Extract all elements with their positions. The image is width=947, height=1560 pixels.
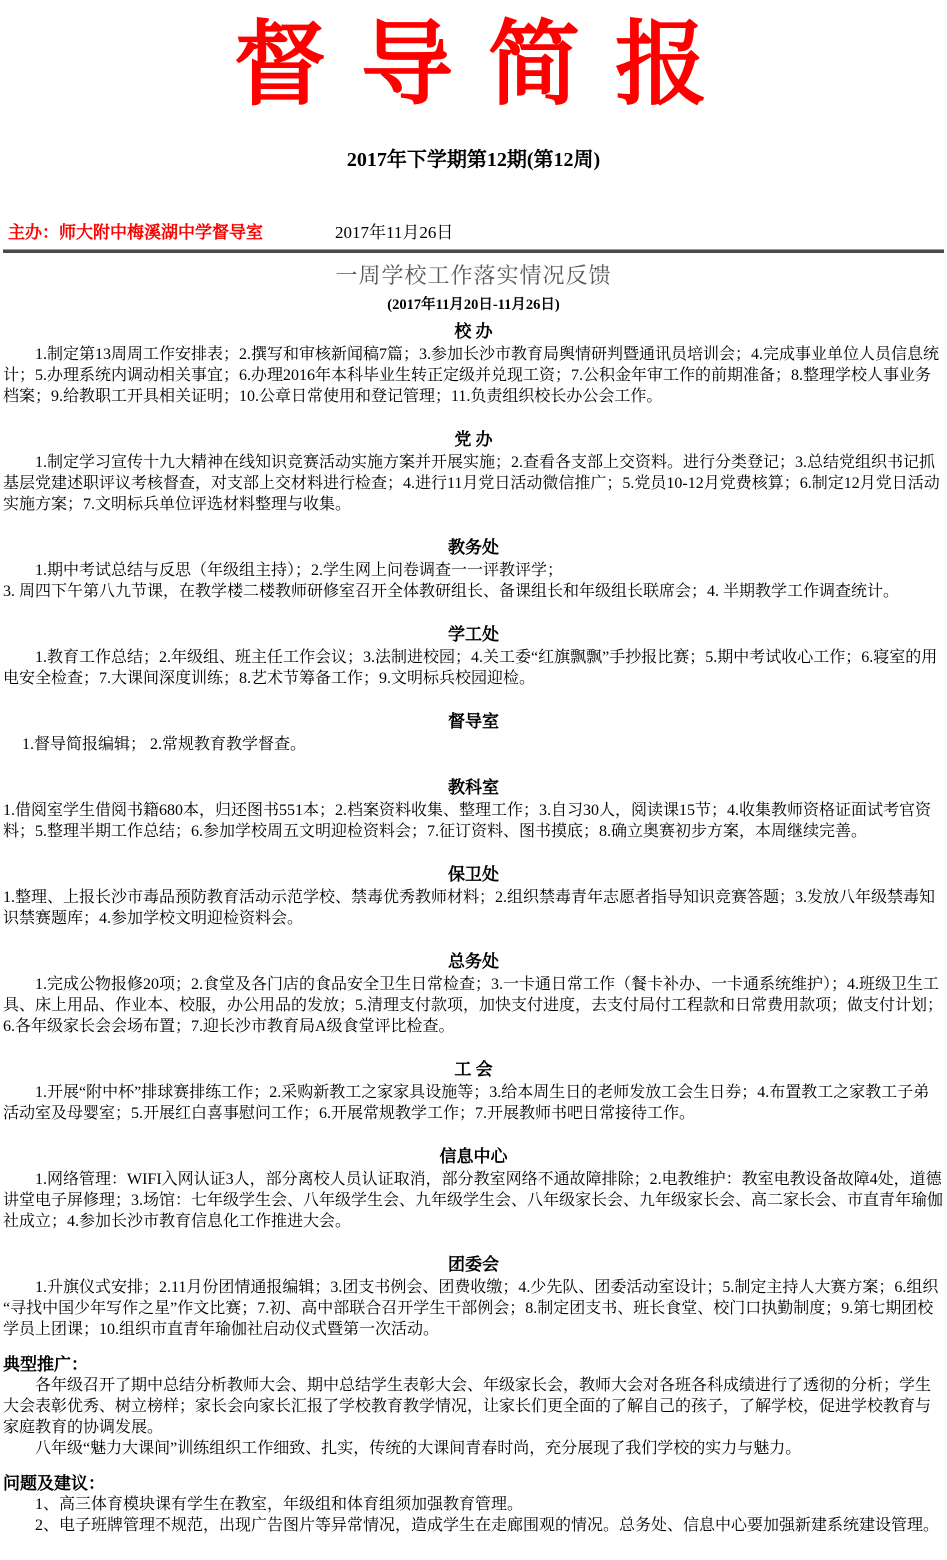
- feedback-title: 一周学校工作落实情况反馈: [3, 259, 944, 290]
- header-divider: [3, 249, 944, 253]
- section-paragraph: 1.借阅室学生借阅书籍680本，归还图书551本；2.档案资料收集、整理工作；3…: [3, 800, 944, 842]
- section-info-center: 信息中心 1.网络管理：WIFI入网认证3人，部分离校人员认证取消，部分教室网络…: [3, 1142, 944, 1232]
- section-paragraph: 1.升旗仪式安排；2.11月份团情通报编辑；3.团支书例会、团费收缴；4.少先队…: [3, 1277, 944, 1340]
- section-paragraph: 3. 周四下午第八九节课，在教学楼二楼教师研修室召开全体教研组长、备课组长和年级…: [3, 581, 944, 602]
- section-heading: 学工处: [3, 620, 944, 645]
- section-academic-affairs: 教务处 1.期中考试总结与反思（年级组主持）；2.学生网上问卷调查一一评教评学；…: [3, 533, 944, 602]
- issue-line: 2017年下学期第12期(第12周): [3, 143, 944, 172]
- section-student-affairs: 学工处 1.教育工作总结；2.年级组、班主任工作会议；3.法制进校园；4.关工委…: [3, 620, 944, 689]
- document-title: 督 导 简 报: [3, 14, 944, 117]
- section-heading: 总务处: [3, 947, 944, 972]
- section-party-office: 党 办 1.制定学习宣传十九大精神在线知识竞赛活动实施方案并开展实施；2.查看各…: [3, 425, 944, 515]
- section-heading: 教务处: [3, 533, 944, 558]
- section-paragraph: 1.督导简报编辑； 2.常规教育教学督查。: [3, 734, 944, 755]
- section-heading: 信息中心: [3, 1142, 944, 1167]
- section-heading: 校 办: [3, 317, 944, 342]
- section-paragraph: 1.制定第13周周工作安排表；2.撰写和审核新闻稿7篇；3.参加长沙市教育局舆情…: [3, 344, 944, 407]
- section-paragraph: 1.教育工作总结；2.年级组、班主任工作会议；3.法制进校园；4.关工委“红旗飘…: [3, 647, 944, 689]
- section-supervision-office: 督导室 1.督导简报编辑； 2.常规教育教学督查。: [3, 707, 944, 755]
- section-security-office: 保卫处 1.整理、上报长沙市毒品预防教育活动示范学校、禁毒优秀教师材料；2.组织…: [3, 860, 944, 929]
- section-school-office: 校 办 1.制定第13周周工作安排表；2.撰写和审核新闻稿7篇；3.参加长沙市教…: [3, 317, 944, 407]
- block-heading: 问题及建议：: [3, 1469, 944, 1494]
- section-heading: 保卫处: [3, 860, 944, 885]
- block-paragraph: 2、电子班牌管理不规范，出现广告图片等异常情况，造成学生在走廊围观的情况。总务处…: [3, 1515, 944, 1536]
- feedback-date-range: (2017年11月20日-11月26日): [3, 293, 944, 314]
- section-heading: 党 办: [3, 425, 944, 450]
- publish-date: 2017年11月26日: [335, 218, 453, 243]
- block-problems-suggestions: 问题及建议： 1、高三体育模块课有学生在教室，年级组和体育组须加强教育管理。 2…: [3, 1469, 944, 1536]
- section-heading: 团委会: [3, 1250, 944, 1275]
- section-paragraph: 1.制定学习宣传十九大精神在线知识竞赛活动实施方案并开展实施；2.查看各支部上交…: [3, 452, 944, 515]
- section-teaching-research-office: 教科室 1.借阅室学生借阅书籍680本，归还图书551本；2.档案资料收集、整理…: [3, 773, 944, 842]
- section-paragraph: 1.整理、上报长沙市毒品预防教育活动示范学校、禁毒优秀教师材料；2.组织禁毒青年…: [3, 887, 944, 929]
- section-paragraph: 1.期中考试总结与反思（年级组主持）；2.学生网上问卷调查一一评教评学；: [3, 560, 944, 581]
- section-heading: 教科室: [3, 773, 944, 798]
- organizer-label: 主办：师大附中梅溪湖中学督导室: [8, 218, 263, 243]
- section-general-affairs: 总务处 1.完成公物报修20项；2.食堂及各门店的食品安全卫生日常检查；3.一卡…: [3, 947, 944, 1037]
- section-heading: 督导室: [3, 707, 944, 732]
- block-typical-promotion: 典型推广： 各年级召开了期中总结分析教师大会、期中总结学生表彰大会、年级家长会，…: [3, 1350, 944, 1459]
- section-heading: 工 会: [3, 1055, 944, 1080]
- bulletin-document: 督 导 简 报 2017年下学期第12期(第12周) 主办：师大附中梅溪湖中学督…: [0, 14, 947, 1560]
- section-paragraph: 1.完成公物报修20项；2.食堂及各门店的食品安全卫生日常检查；3.一卡通日常工…: [3, 974, 944, 1037]
- block-paragraph: 各年级召开了期中总结分析教师大会、期中总结学生表彰大会、年级家长会，教师大会对各…: [3, 1375, 944, 1438]
- organizer-row: 主办：师大附中梅溪湖中学督导室 2017年11月26日: [3, 218, 944, 243]
- block-paragraph: 1、高三体育模块课有学生在教室，年级组和体育组须加强教育管理。: [3, 1494, 944, 1515]
- section-paragraph: 1.开展“附中杯”排球赛排练工作；2.采购新教工之家家具设施等；3.给本周生日的…: [3, 1082, 944, 1124]
- section-paragraph: 1.网络管理：WIFI入网认证3人，部分离校人员认证取消，部分教室网络不通故障排…: [3, 1169, 944, 1232]
- block-paragraph: 八年级“魅力大课间”训练组织工作细致、扎实，传统的大课间青春时尚，充分展现了我们…: [3, 1438, 944, 1459]
- block-heading: 典型推广：: [3, 1350, 944, 1375]
- section-labor-union: 工 会 1.开展“附中杯”排球赛排练工作；2.采购新教工之家家具设施等；3.给本…: [3, 1055, 944, 1124]
- section-youth-league: 团委会 1.升旗仪式安排；2.11月份团情通报编辑；3.团支书例会、团费收缴；4…: [3, 1250, 944, 1340]
